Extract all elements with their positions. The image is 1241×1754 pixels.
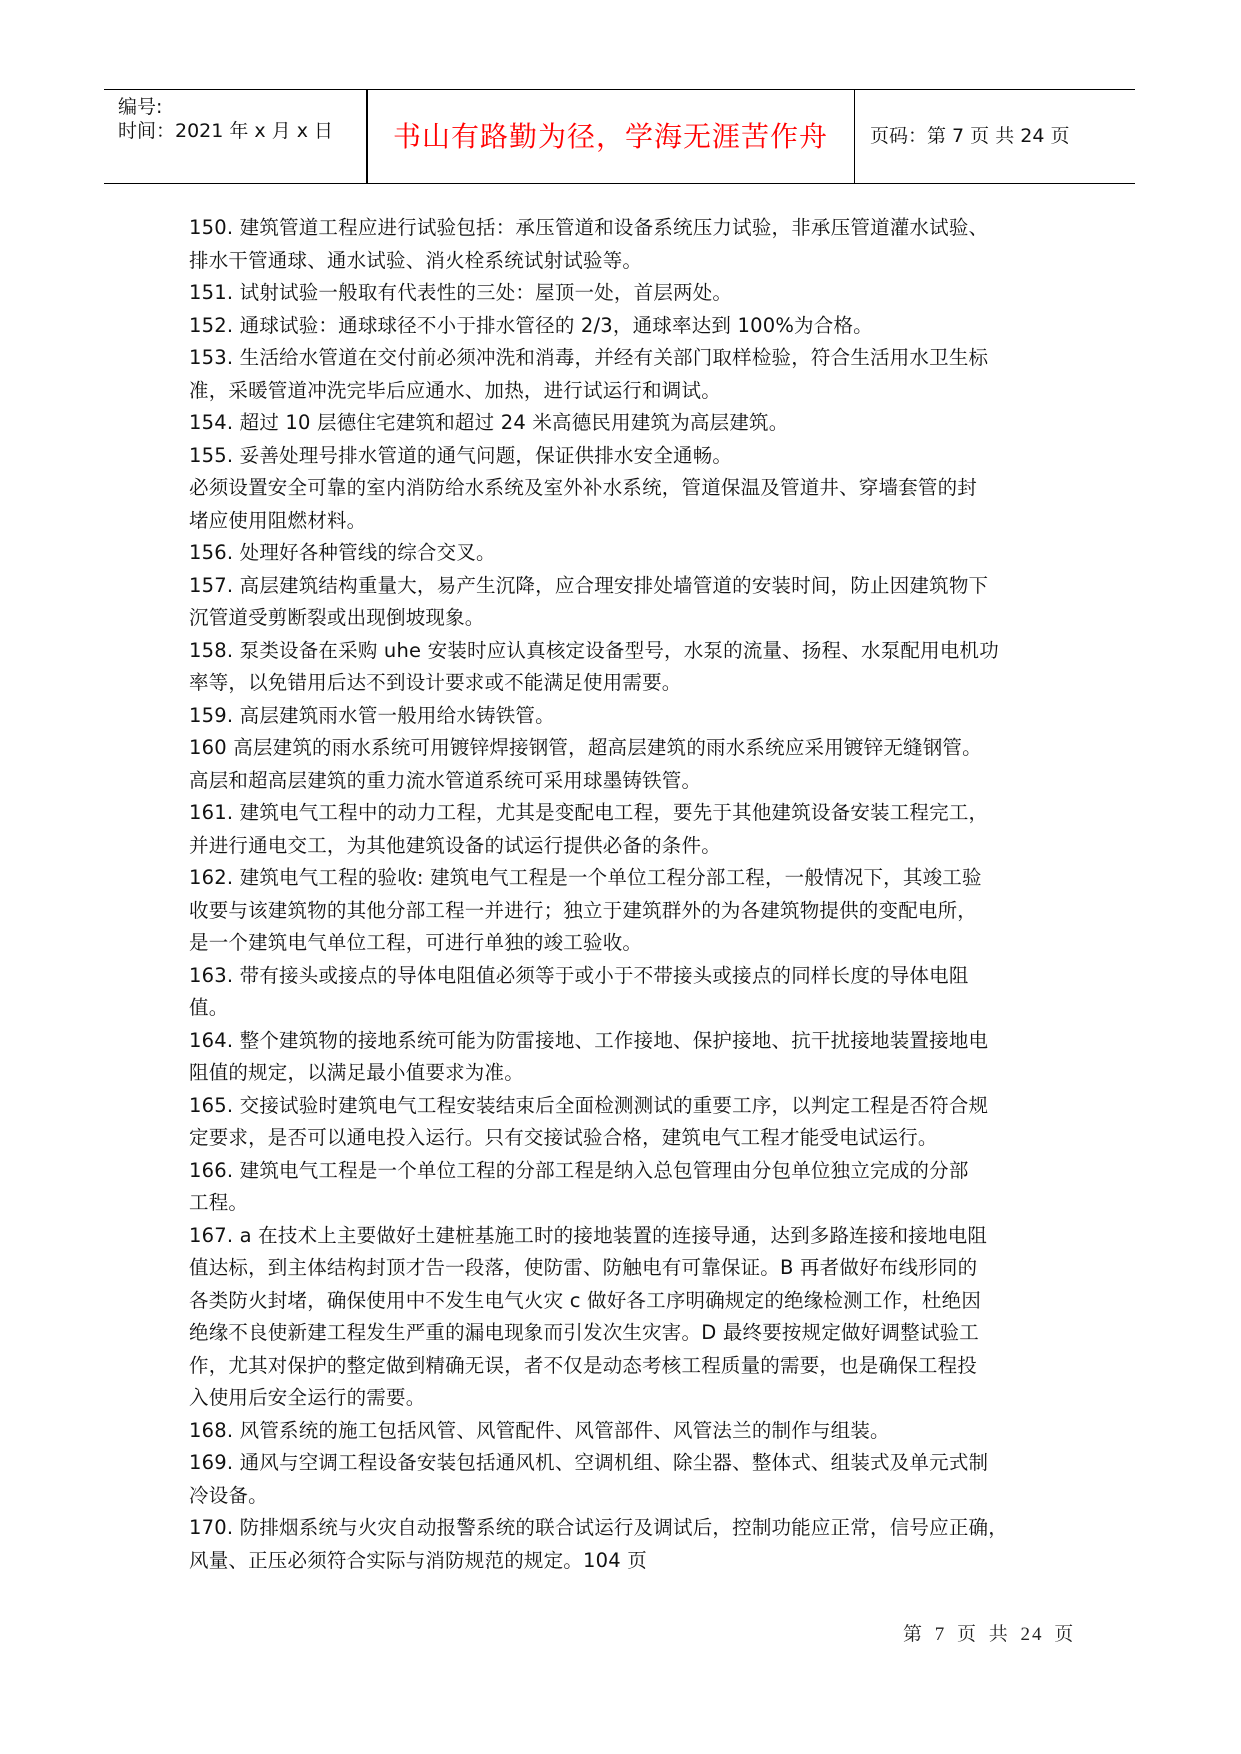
text-line: 沉管道受剪断裂或出现倒坡现象。 bbox=[189, 602, 1069, 635]
header-motto: 书山有路勤为径，学海无涯苦作舟 bbox=[393, 120, 828, 154]
text-line: 155. 妥善处理号排水管道的通气问题，保证供排水安全通畅。 bbox=[189, 440, 1069, 473]
text-line: 排水干管通球、通水试验、消火栓系统试射试验等。 bbox=[189, 245, 1069, 278]
text-line: 164. 整个建筑物的接地系统可能为防雷接地、工作接地、保护接地、抗干扰接地装置… bbox=[189, 1025, 1069, 1058]
text-line: 161. 建筑电气工程中的动力工程，尤其是变配电工程，要先于其他建筑设备安装工程… bbox=[189, 797, 1069, 830]
text-line: 162. 建筑电气工程的验收: 建筑电气工程是一个单位工程分部工程，一般情况下，… bbox=[189, 862, 1069, 895]
text-line: 153. 生活给水管道在交付前必须冲洗和消毒，并经有关部门取样检验，符合生活用水… bbox=[189, 342, 1069, 375]
text-line: 风量、正压必须符合实际与消防规范的规定。104 页 bbox=[189, 1545, 1069, 1578]
document-number-label: 编号: bbox=[118, 96, 162, 118]
text-line: 168. 风管系统的施工包括风管、风管配件、风管部件、风管法兰的制作与组装。 bbox=[189, 1415, 1069, 1448]
text-line: 堵应使用阻燃材料。 bbox=[189, 505, 1069, 538]
text-line: 阻值的规定，以满足最小值要求为准。 bbox=[189, 1057, 1069, 1090]
document-body: 150. 建筑管道工程应进行试验包括：承压管道和设备系统压力试验，非承压管道灌水… bbox=[189, 212, 1069, 1577]
text-line: 157. 高层建筑结构重量大，易产生沉降，应合理安排处墙管道的安装时间，防止因建… bbox=[189, 570, 1069, 603]
page-header: 编号: 时间：2021 年 x 月 x 日 书山有路勤为径，学海无涯苦作舟 页码… bbox=[104, 89, 1135, 184]
text-line: 各类防火封堵，确保使用中不发生电气火灾 c 做好各工序明确规定的绝缘检测工作，杜… bbox=[189, 1285, 1069, 1318]
text-line: 151. 试射试验一般取有代表性的三处：屋顶一处，首层两处。 bbox=[189, 277, 1069, 310]
text-line: 收要与该建筑物的其他分部工程一并进行；独立于建筑群外的为各建筑物提供的变配电所， bbox=[189, 895, 1069, 928]
header-left-cell: 编号: 时间：2021 年 x 月 x 日 bbox=[104, 90, 368, 183]
text-line: 160 高层建筑的雨水系统可用镀锌焊接钢管，超高层建筑的雨水系统应采用镀锌无缝钢… bbox=[189, 732, 1069, 765]
text-line: 169. 通风与空调工程设备安装包括通风机、空调机组、除尘器、整体式、组装式及单… bbox=[189, 1447, 1069, 1480]
text-line: 170. 防排烟系统与火灾自动报警系统的联合试运行及调试后，控制功能应正常，信号… bbox=[189, 1512, 1069, 1545]
text-line: 是一个建筑电气单位工程，可进行单独的竣工验收。 bbox=[189, 927, 1069, 960]
text-line: 并进行通电交工，为其他建筑设备的试运行提供必备的条件。 bbox=[189, 830, 1069, 863]
text-line: 152. 通球试验：通球球径不小于排水管径的 2/3，通球率达到 100%为合格… bbox=[189, 310, 1069, 343]
text-line: 165. 交接试验时建筑电气工程安装结束后全面检测测试的重要工序，以判定工程是否… bbox=[189, 1090, 1069, 1123]
header-page-info: 页码：第 7 页 共 24 页 bbox=[870, 124, 1069, 148]
text-line: 156. 处理好各种管线的综合交叉。 bbox=[189, 537, 1069, 570]
text-line: 166. 建筑电气工程是一个单位工程的分部工程是纳入总包管理由分包单位独立完成的… bbox=[189, 1155, 1069, 1188]
header-right-cell: 页码：第 7 页 共 24 页 bbox=[855, 90, 1135, 183]
text-line: 入使用后安全运行的需要。 bbox=[189, 1382, 1069, 1415]
text-line: 高层和超高层建筑的重力流水管道系统可采用球墨铸铁管。 bbox=[189, 765, 1069, 798]
text-line: 154. 超过 10 层德住宅建筑和超过 24 米高德民用建筑为高层建筑。 bbox=[189, 407, 1069, 440]
text-line: 准，采暖管道冲洗完毕后应通水、加热，进行试运行和调试。 bbox=[189, 375, 1069, 408]
text-line: 绝缘不良使新建工程发生严重的漏电现象而引发次生灾害。D 最终要按规定做好调整试验… bbox=[189, 1317, 1069, 1350]
text-line: 率等，以免错用后达不到设计要求或不能满足使用需要。 bbox=[189, 667, 1069, 700]
header-middle-cell: 书山有路勤为径，学海无涯苦作舟 bbox=[368, 90, 855, 183]
text-line: 163. 带有接头或接点的导体电阻值必须等于或小于不带接头或接点的同样长度的导体… bbox=[189, 960, 1069, 993]
document-date: 时间：2021 年 x 月 x 日 bbox=[118, 120, 333, 142]
text-line: 159. 高层建筑雨水管一般用给水铸铁管。 bbox=[189, 700, 1069, 733]
text-line: 158. 泵类设备在采购 uhe 安装时应认真核定设备型号，水泵的流量、扬程、水… bbox=[189, 635, 1069, 668]
text-line: 冷设备。 bbox=[189, 1480, 1069, 1513]
text-line: 167. a 在技术上主要做好土建桩基施工时的接地装置的连接导通，达到多路连接和… bbox=[189, 1220, 1069, 1253]
page-footer: 第 7 页 共 24 页 bbox=[903, 1619, 1075, 1646]
text-line: 150. 建筑管道工程应进行试验包括：承压管道和设备系统压力试验，非承压管道灌水… bbox=[189, 212, 1069, 245]
text-line: 定要求，是否可以通电投入运行。只有交接试验合格，建筑电气工程才能受电试运行。 bbox=[189, 1122, 1069, 1155]
text-line: 作，尤其对保护的整定做到精确无误，者不仅是动态考核工程质量的需要，也是确保工程投 bbox=[189, 1350, 1069, 1383]
text-line: 必须设置安全可靠的室内消防给水系统及室外补水系统，管道保温及管道井、穿墙套管的封 bbox=[189, 472, 1069, 505]
text-line: 值。 bbox=[189, 992, 1069, 1025]
text-line: 工程。 bbox=[189, 1187, 1069, 1220]
text-line: 值达标，到主体结构封顶才告一段落，使防雷、防触电有可靠保证。B 再者做好布线形同… bbox=[189, 1252, 1069, 1285]
